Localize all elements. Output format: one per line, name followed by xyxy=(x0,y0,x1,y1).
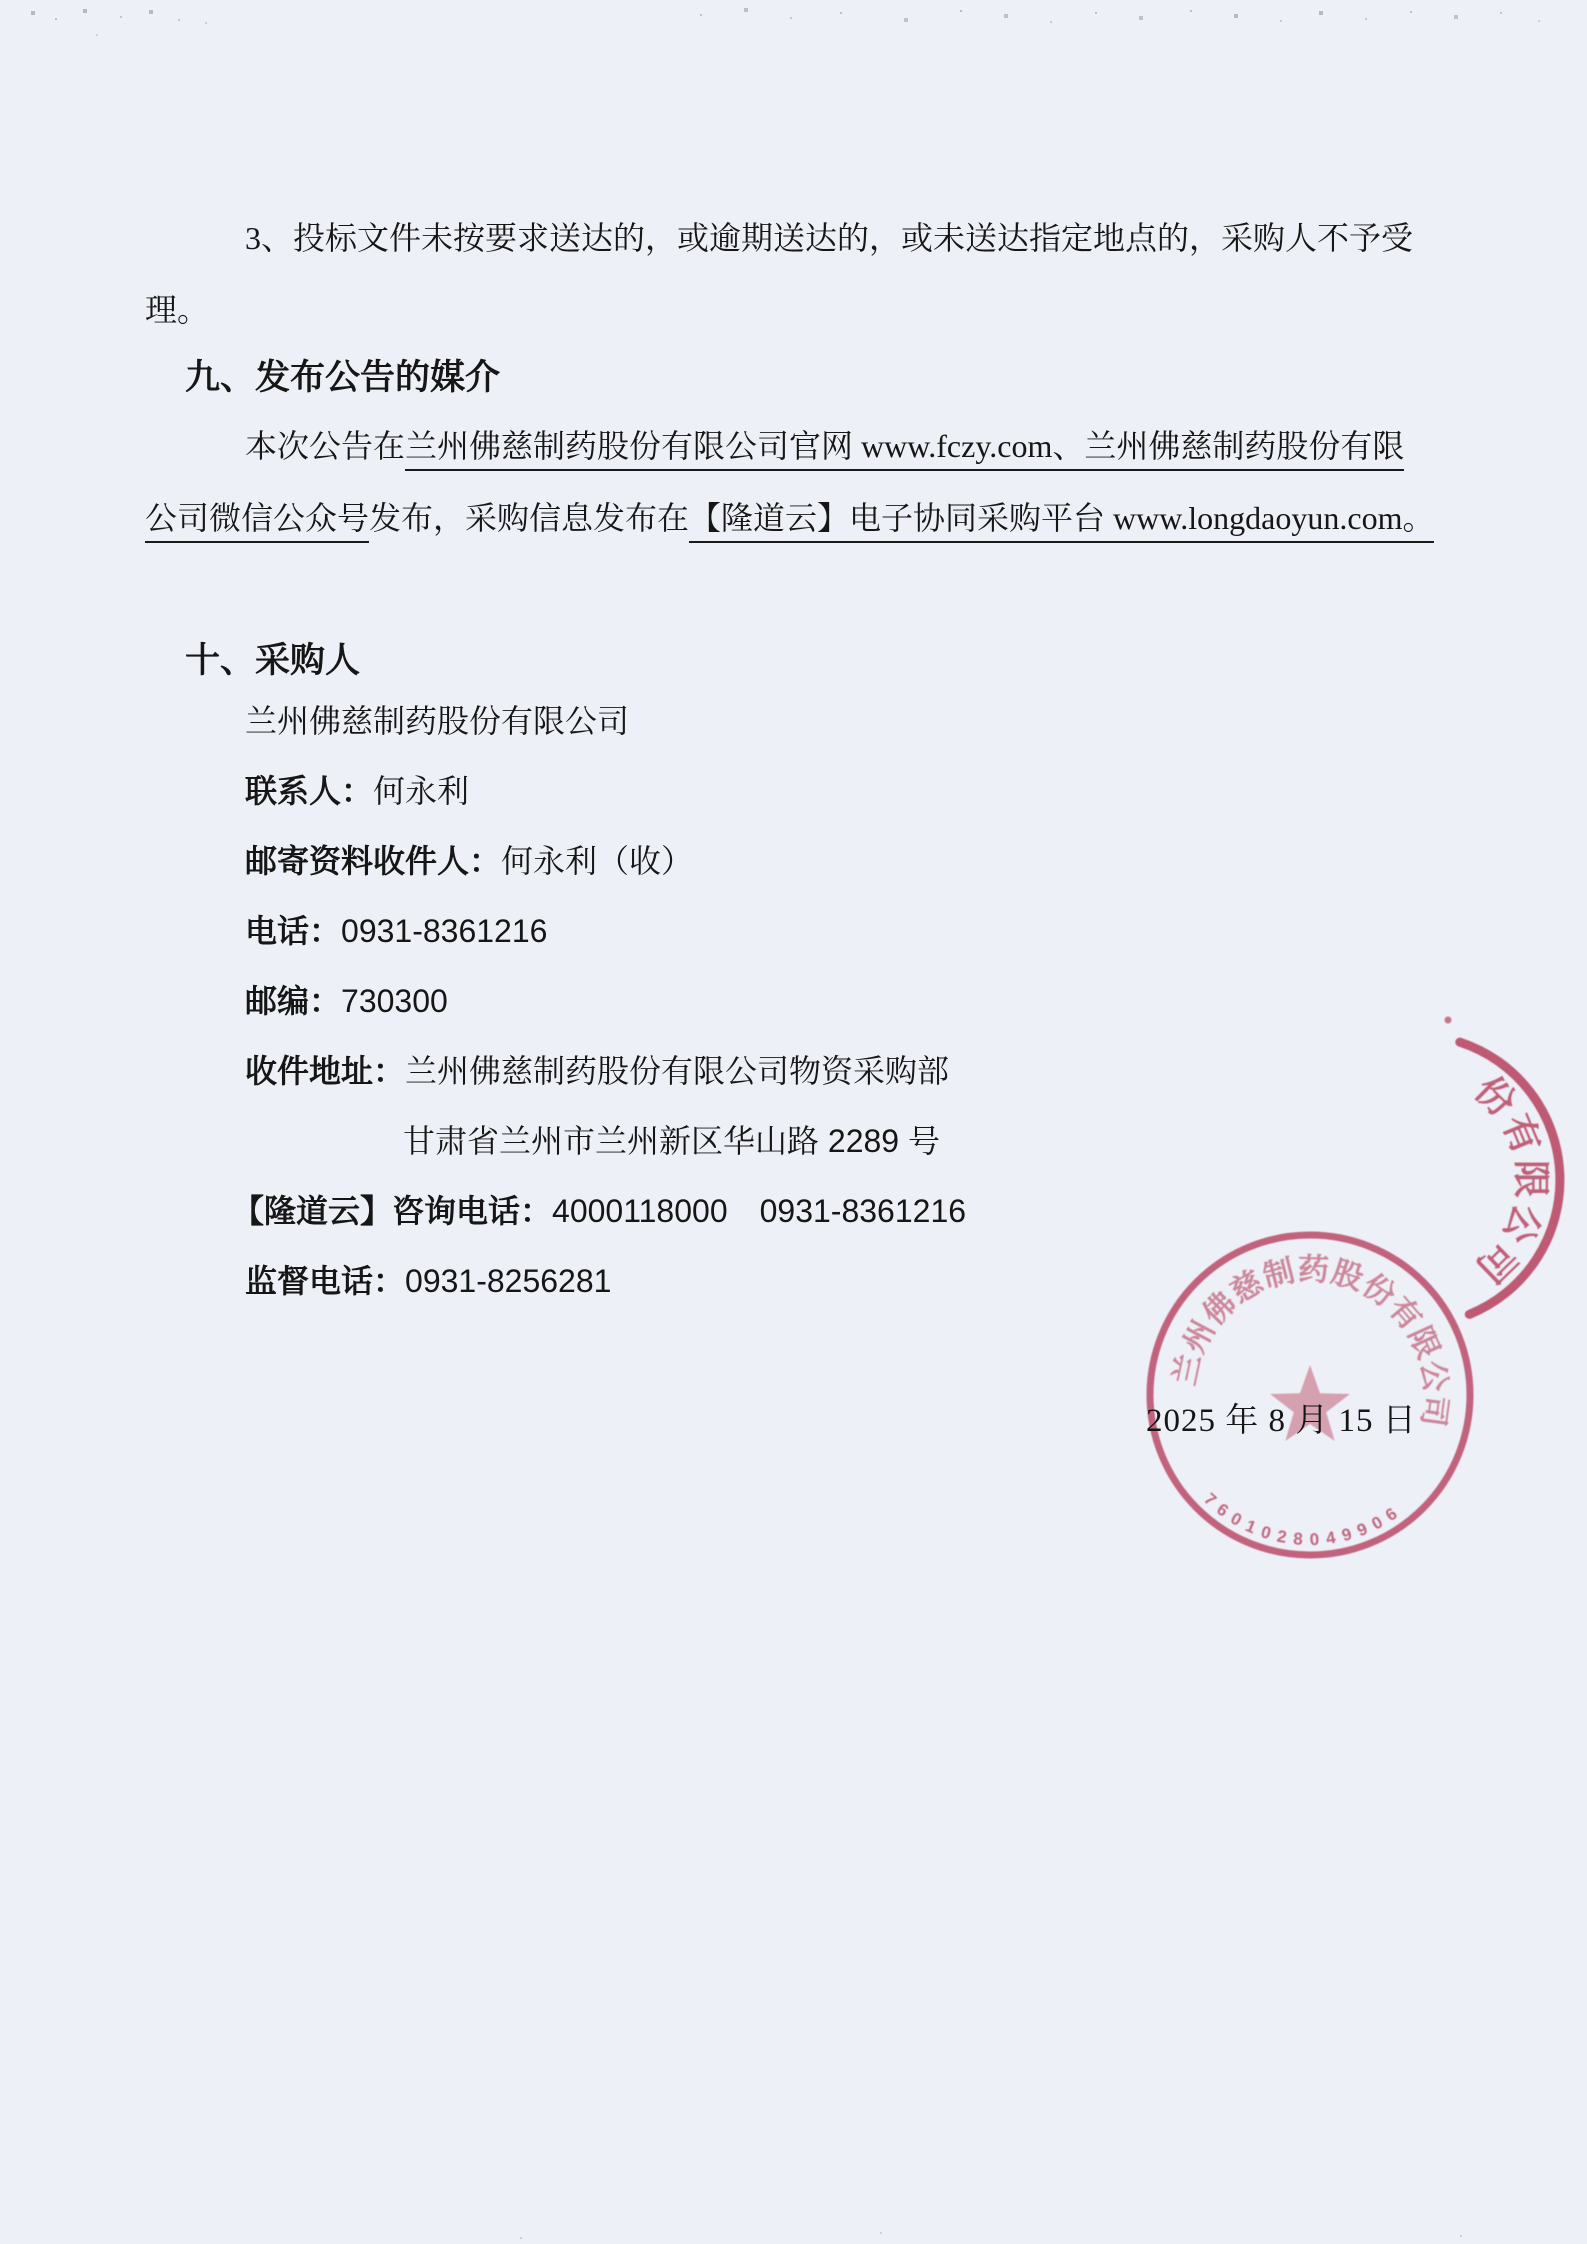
contact-list-item: 监督电话：0931-8256281 xyxy=(245,1246,966,1316)
contact-list-item: 邮寄资料收件人：何永利（收） xyxy=(245,826,966,896)
scan-noise-specks xyxy=(0,0,2,2)
text-line: 3、投标文件未按要求送达的，或逾期送达的，或未送达指定地点的，采购人不予受 xyxy=(145,202,1445,274)
underlined-text-segment: 兰州佛慈制药股份有限公司官网 www.fczy.com、兰州佛慈制药股份有限 xyxy=(405,428,1404,471)
contact-item-label: 收件地址： xyxy=(245,1053,405,1089)
text-line: 理。 xyxy=(145,274,1445,346)
scanned-document-page: { "page": { "background_color": "#eef0f7… xyxy=(0,0,1587,2244)
contact-list-item: 邮编：730300 xyxy=(245,966,966,1036)
media-paragraph-line-2: 公司微信公众号发布，采购信息发布在【隆道云】电子协同采购平台 www.longd… xyxy=(145,482,1434,554)
text-segment: 本次公告在 xyxy=(245,428,405,469)
underlined-text-segment: 公司微信公众号 xyxy=(145,500,369,543)
contact-list-item: 电话：0931-8361216 xyxy=(245,896,966,966)
contact-item-value: 兰州佛慈制药股份有限公司物资采购部 xyxy=(405,1053,949,1089)
contact-list-item: 联系人：何永利 xyxy=(245,756,966,826)
contact-item-label: 邮寄资料收件人： xyxy=(245,843,501,879)
contact-item-value: 何永利 xyxy=(373,773,469,809)
contact-item-value: 甘肃省兰州市兰州新区华山路 2289 号 xyxy=(403,1123,940,1159)
document-date: 2025 年 8 月 15 日 xyxy=(1146,1385,1417,1457)
contact-item-label: 【隆道云】咨询电话： xyxy=(232,1193,552,1229)
contact-item-value: 4000118000 0931-8361216 xyxy=(552,1193,966,1229)
contact-item-value: 730300 xyxy=(341,983,448,1019)
section-heading-media: 九、发布公告的媒介 xyxy=(185,342,500,414)
contact-item-value: 0931-8361216 xyxy=(341,913,547,949)
underlined-text-segment: 【隆道云】电子协同采购平台 www.longdaoyun.com。 xyxy=(689,500,1434,543)
contact-item-label: 电话： xyxy=(245,913,341,949)
contact-list-item: 收件地址：兰州佛慈制药股份有限公司物资采购部 xyxy=(245,1036,966,1106)
text-segment: 发布，采购信息发布在 xyxy=(369,500,689,541)
contact-item-label: 监督电话： xyxy=(245,1263,405,1299)
contact-item-label: 邮编： xyxy=(245,983,341,1019)
contact-item-value: 兰州佛慈制药股份有限公司 xyxy=(245,703,629,739)
contact-list-item: 兰州佛慈制药股份有限公司 xyxy=(245,686,966,756)
purchaser-contact-list: 兰州佛慈制药股份有限公司联系人：何永利邮寄资料收件人：何永利（收）电话：0931… xyxy=(245,686,966,1316)
contact-item-label: 联系人： xyxy=(245,773,373,809)
contact-list-item: 甘肃省兰州市兰州新区华山路 2289 号 xyxy=(403,1106,966,1176)
paragraph-delivery-rules: 3、投标文件未按要求送达的，或逾期送达的，或未送达指定地点的，采购人不予受理。 xyxy=(145,202,1445,346)
contact-item-value: 何永利（收） xyxy=(501,843,693,879)
contact-item-value: 0931-8256281 xyxy=(405,1263,611,1299)
partial-seal-ink-speck xyxy=(1445,1017,1452,1024)
contact-list-item: 【隆道云】咨询电话：4000118000 0931-8361216 xyxy=(232,1176,966,1246)
media-paragraph-line-1: 本次公告在兰州佛慈制药股份有限公司官网 www.fczy.com、兰州佛慈制药股… xyxy=(245,410,1404,482)
